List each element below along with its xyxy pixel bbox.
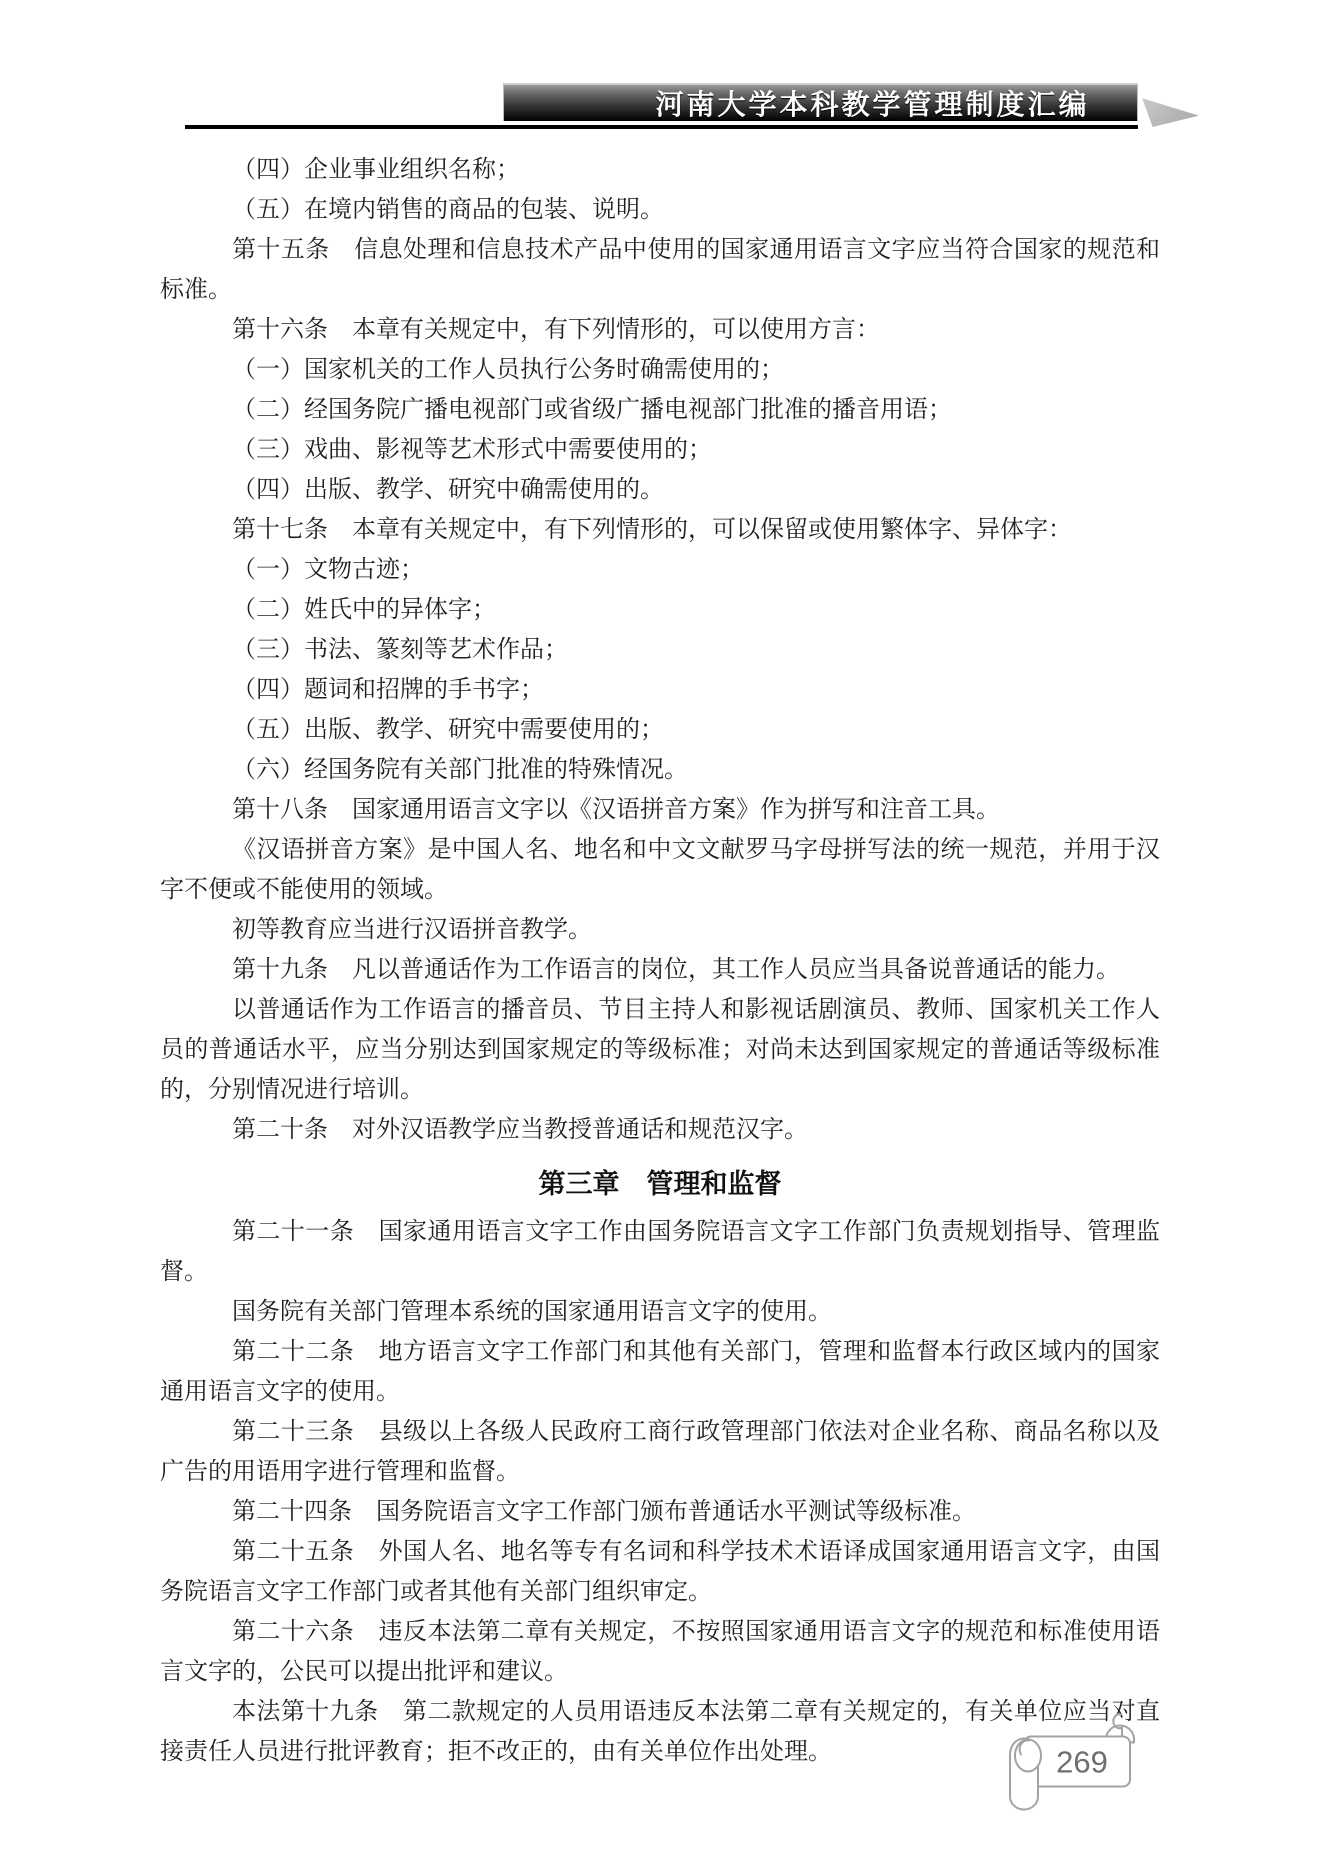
body-paragraph: 第十九条 凡以普通话作为工作语言的岗位，其工作人员应当具备说普通话的能力。: [160, 950, 1160, 990]
body-paragraph: 第二十一条 国家通用语言文字工作由国务院语言文字工作部门负责规划指导、管理监督。: [160, 1212, 1160, 1292]
body-paragraph: （三）戏曲、影视等艺术形式中需要使用的；: [160, 430, 1160, 470]
body-paragraph: （五）出版、教学、研究中需要使用的；: [160, 710, 1160, 750]
body-paragraph: 第二十二条 地方语言文字工作部门和其他有关部门，管理和监督本行政区域内的国家通用…: [160, 1332, 1160, 1412]
body-paragraph: 第十七条 本章有关规定中，有下列情形的，可以保留或使用繁体字、异体字：: [160, 510, 1160, 550]
page-number: 269: [1056, 1745, 1108, 1780]
body-paragraph: 第二十五条 外国人名、地名等专有名词和科学技术术语译成国家通用语言文字，由国务院…: [160, 1532, 1160, 1612]
body-paragraph: 第十六条 本章有关规定中，有下列情形的，可以使用方言：: [160, 310, 1160, 350]
body-paragraph: 第十八条 国家通用语言文字以《汉语拼音方案》作为拼写和注音工具。: [160, 790, 1160, 830]
scroll-roll-opening: [1015, 1740, 1041, 1772]
corner-arrow-icon: [1141, 97, 1199, 127]
body-paragraph: （一）文物古迹；: [160, 550, 1160, 590]
document-body: （四）企业事业组织名称；（五）在境内销售的商品的包装、说明。第十五条 信息处理和…: [0, 150, 1323, 1772]
body-paragraph: 第二十条 对外汉语教学应当教授普通话和规范汉字。: [160, 1110, 1160, 1150]
body-paragraph: （六）经国务院有关部门批准的特殊情况。: [160, 750, 1160, 790]
body-paragraph: （三）书法、篆刻等艺术作品；: [160, 630, 1160, 670]
body-paragraph: 第二十六条 违反本法第二章有关规定，不按照国家通用语言文字的规范和标准使用语言文…: [160, 1612, 1160, 1692]
body-paragraph: 第二十四条 国务院语言文字工作部门颁布普通话水平测试等级标准。: [160, 1492, 1160, 1532]
header-banner: 河南大学本科教学管理制度汇编: [503, 83, 1138, 121]
scroll-icon: 269: [998, 1700, 1148, 1825]
document-page: 河南大学本科教学管理制度汇编 （四）企业事业组织名称；（五）在境内销售的商品的包…: [0, 0, 1323, 1871]
body-paragraph: 第十五条 信息处理和信息技术产品中使用的国家通用语言文字应当符合国家的规范和标准…: [160, 230, 1160, 310]
body-paragraph: 《汉语拼音方案》是中国人名、地名和中文文献罗马字母拼写法的统一规范，并用于汉字不…: [160, 830, 1160, 910]
body-paragraph: 国务院有关部门管理本系统的国家通用语言文字的使用。: [160, 1292, 1160, 1332]
chapter-heading: 第三章 管理和监督: [160, 1164, 1160, 1204]
body-paragraph: 第二十三条 县级以上各级人民政府工商行政管理部门依法对企业名称、商品名称以及广告…: [160, 1412, 1160, 1492]
body-paragraph: （五）在境内销售的商品的包装、说明。: [160, 190, 1160, 230]
header-divider: [185, 125, 1138, 129]
body-paragraph: （四）出版、教学、研究中确需使用的。: [160, 470, 1160, 510]
body-paragraph: （二）经国务院广播电视部门或省级广播电视部门批准的播音用语；: [160, 390, 1160, 430]
page-number-scroll: 269: [998, 1700, 1148, 1825]
body-paragraph: （四）企业事业组织名称；: [160, 150, 1160, 190]
body-paragraph: （四）题词和招牌的手书字；: [160, 670, 1160, 710]
body-paragraph: （一）国家机关的工作人员执行公务时确需使用的；: [160, 350, 1160, 390]
body-paragraph: 初等教育应当进行汉语拼音教学。: [160, 910, 1160, 950]
header-title: 河南大学本科教学管理制度汇编: [655, 83, 1089, 123]
body-paragraph: 以普通话作为工作语言的播音员、节目主持人和影视话剧演员、教师、国家机关工作人员的…: [160, 990, 1160, 1110]
body-paragraph: （二）姓氏中的异体字；: [160, 590, 1160, 630]
